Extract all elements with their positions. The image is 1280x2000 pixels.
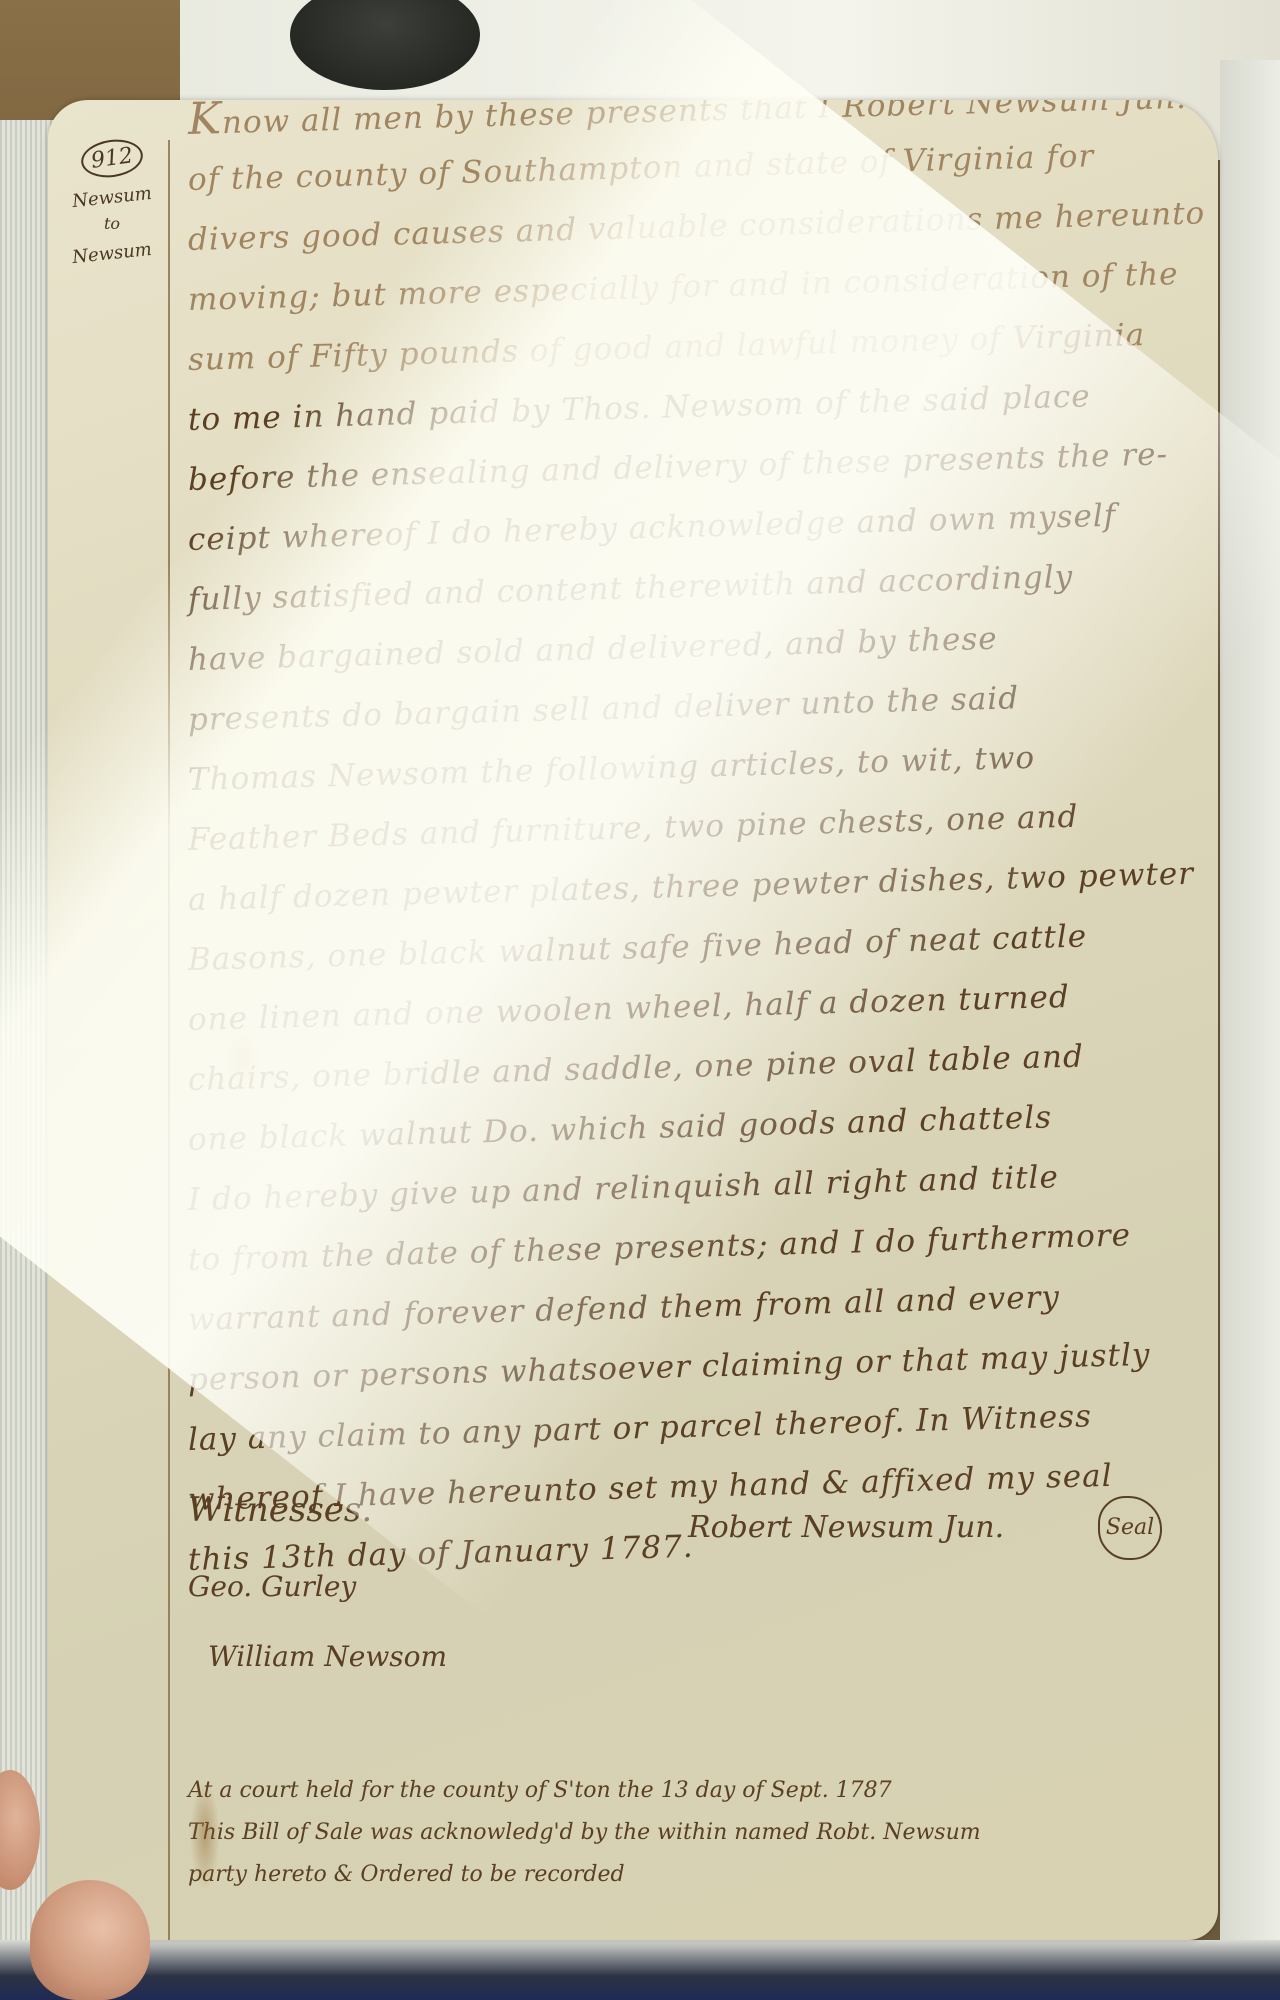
seller-signature: Robert Newsum Jun. bbox=[688, 1510, 1004, 1545]
seal-icon: Seal bbox=[1098, 1496, 1162, 1560]
court-note: At a court held for the county of S'ton … bbox=[188, 1770, 981, 1896]
water-stain bbox=[190, 1780, 220, 1890]
bottom-background bbox=[0, 1940, 1280, 2000]
margin-rule bbox=[168, 140, 170, 1940]
thumb bbox=[30, 1880, 150, 2000]
margin-from-party: Newsum bbox=[61, 182, 163, 213]
witnesses-label: Witnesses. bbox=[188, 1490, 372, 1530]
right-page-edge bbox=[1220, 60, 1280, 1980]
margin-to-party: Newsum bbox=[61, 238, 163, 269]
ink-stain bbox=[223, 1030, 263, 1090]
margin-notes: 912 Newsum to Newsum bbox=[62, 140, 162, 264]
court-note-line: This Bill of Sale was acknowledg'd by th… bbox=[188, 1812, 981, 1854]
margin-to-word: to bbox=[62, 214, 162, 233]
document-page: 912 Newsum to Newsum Know all men by the… bbox=[48, 100, 1218, 1940]
witness-name: William Newsom bbox=[208, 1640, 447, 1673]
witness-name: Geo. Gurley bbox=[188, 1570, 356, 1603]
court-note-line: party hereto & Ordered to be recorded bbox=[188, 1854, 981, 1896]
deed-body: Know all men by these presents that I Ro… bbox=[188, 100, 1198, 1590]
page-number: 912 bbox=[79, 136, 146, 181]
court-note-line: At a court held for the county of S'ton … bbox=[188, 1770, 981, 1812]
